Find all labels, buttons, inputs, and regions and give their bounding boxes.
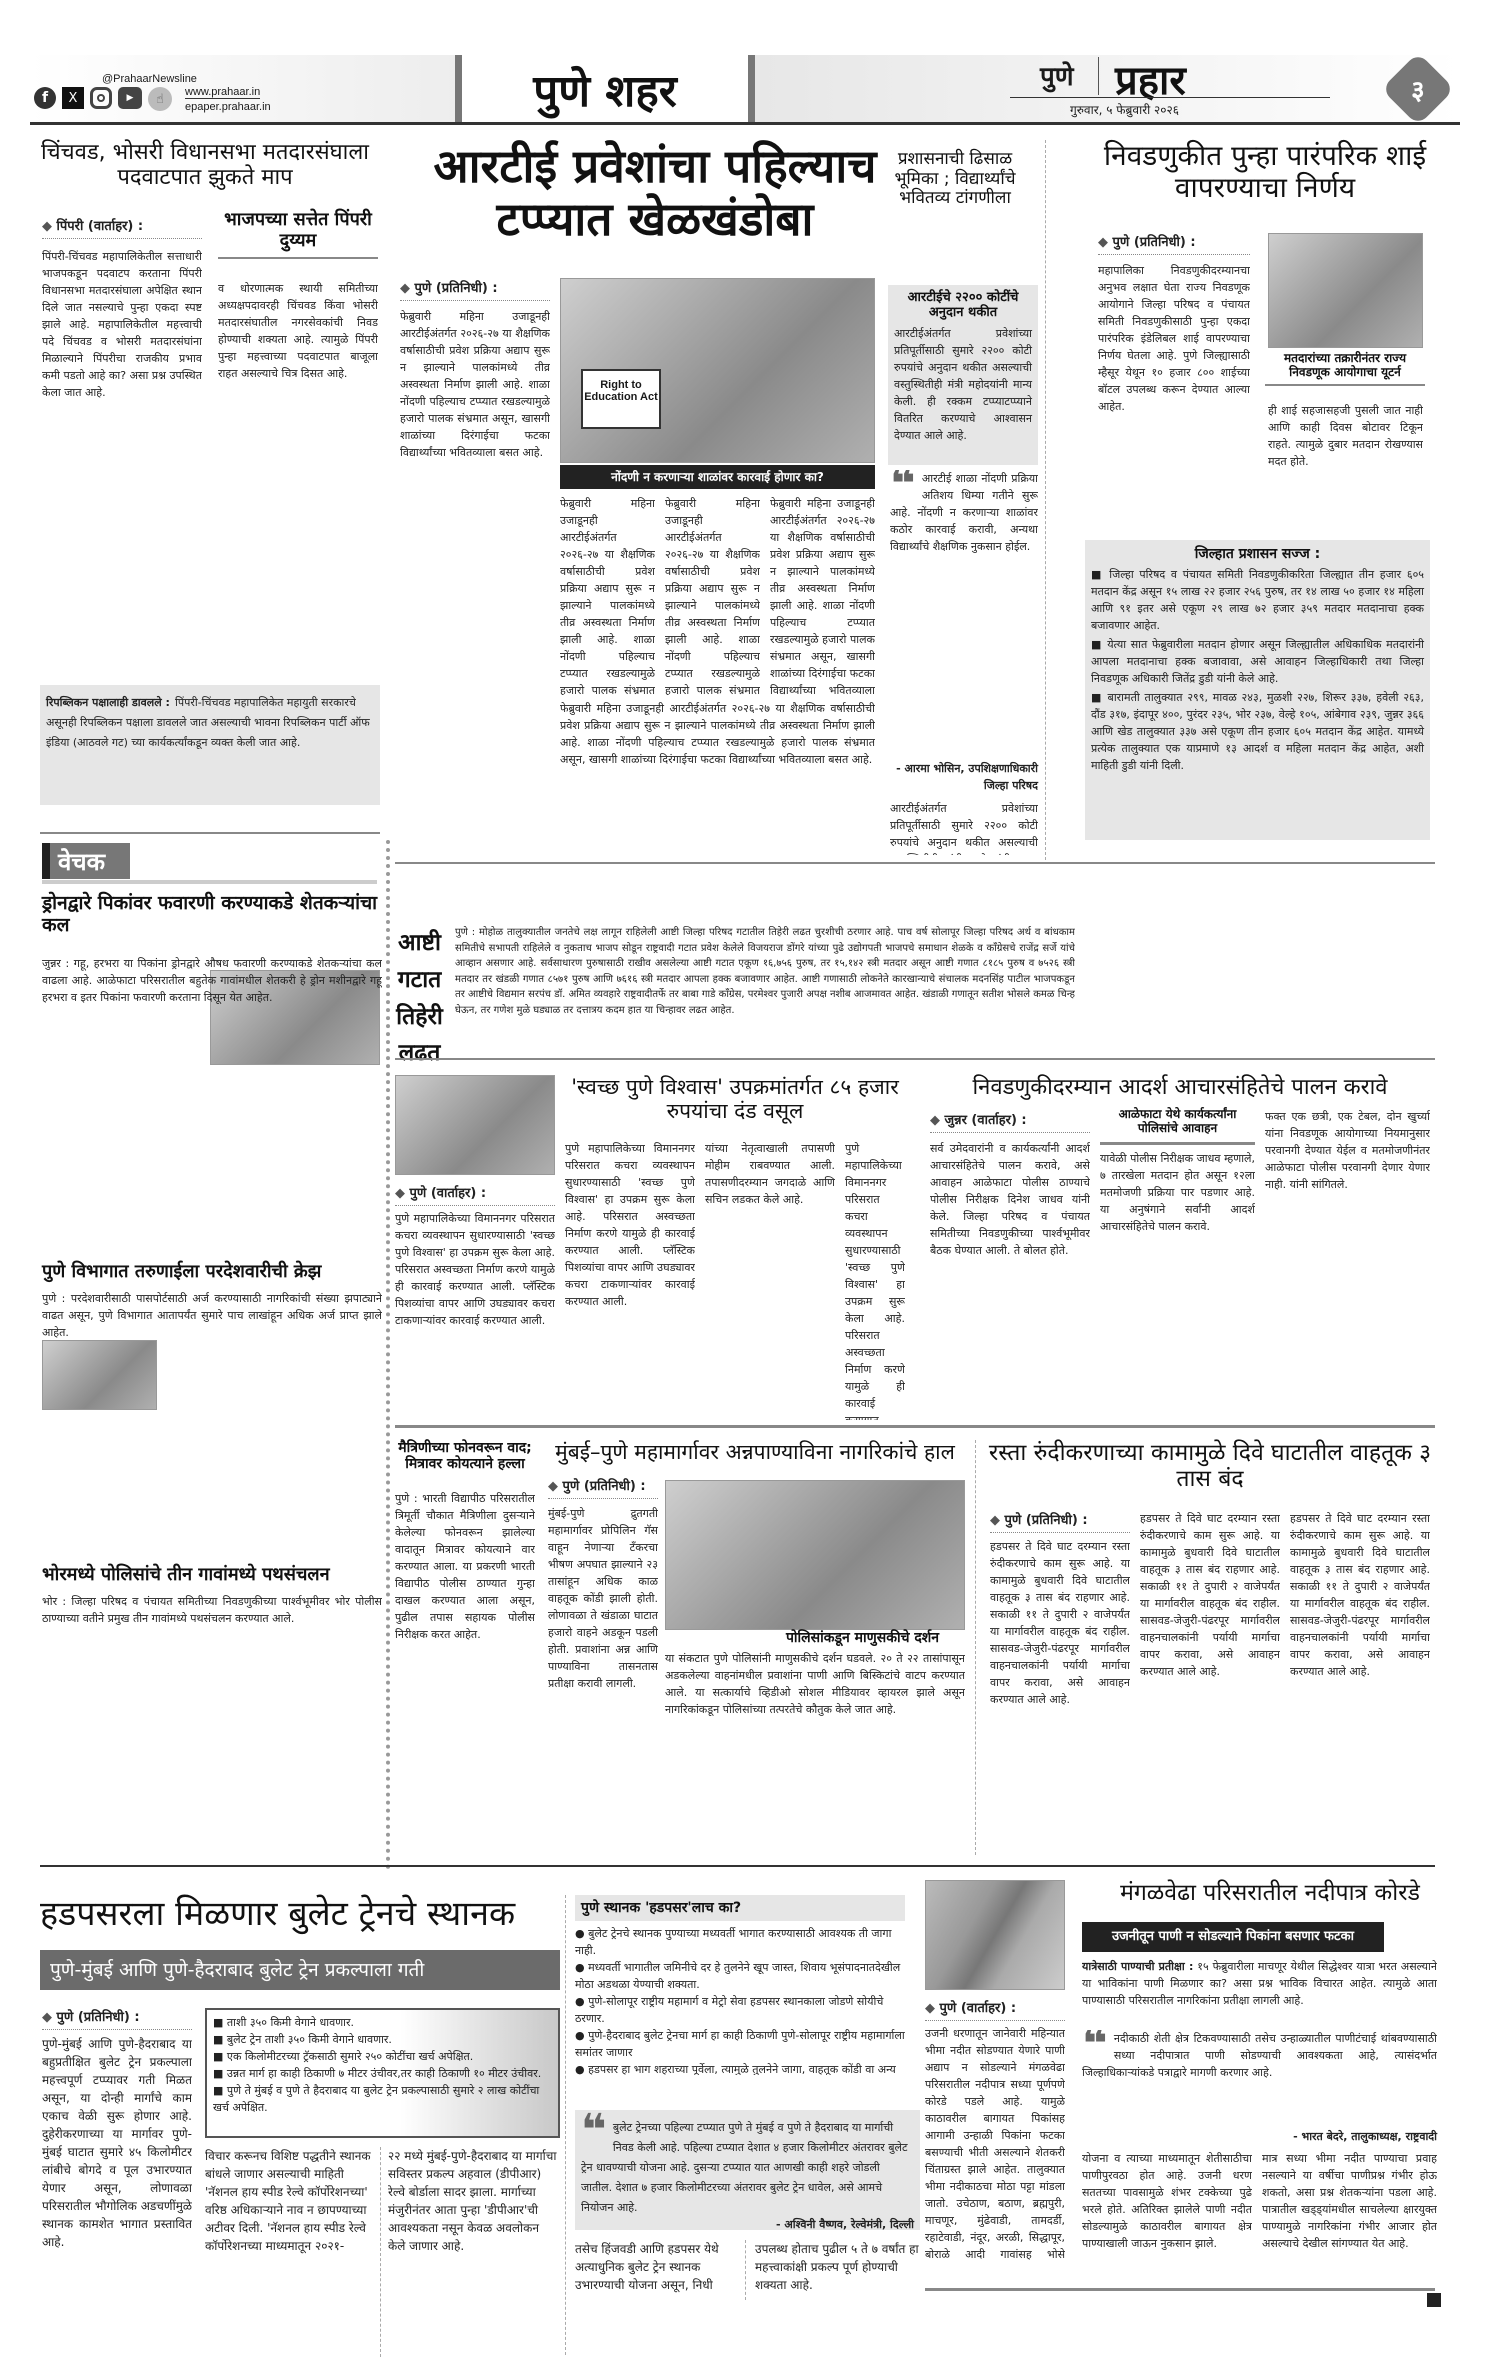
- vedhak-item-2-headline: पुणे विभागात तरुणाईला परदेशवारीची क्रेझ: [42, 1262, 382, 1283]
- story-mangalvedha-subhead: उजनीतून पाणी न सोडल्याने पिकांना बसणार फ…: [1082, 1922, 1384, 1952]
- story-rte-col3: फेब्रुवारी महिना उजाडूनही आरटीईअंतर्गत २…: [665, 495, 760, 695]
- fact-item: ताशी ३५० किमी वेगाने धावणार.: [213, 2014, 552, 2031]
- story-swachh-body-col4: पुणे महापालिकेच्या विमाननगर परिसरात कचरा…: [845, 1140, 905, 1420]
- story-swachh-dateline: पुणे (वार्ताहर) :: [395, 1183, 555, 1206]
- date: गुरुवार, ५ फेब्रुवारी २०२६: [1070, 101, 1179, 118]
- story-chinchwad-subhead: भाजपच्या सत्तेत पिंपरी दुय्यम: [218, 210, 378, 259]
- fact-item: उन्नत मार्ग हा काही ठिकाणी ७ मीटर उंचीवर…: [213, 2065, 552, 2082]
- story-bullet-headline: हडपसरला मिळणार बुलेट ट्रेनचे स्थानक: [40, 1895, 540, 1934]
- masthead-rule: [30, 122, 1460, 125]
- story-mangalvedha-quote-author: - भारत बेदरे, तालुकाध्यक्ष, राष्ट्रवादी: [1082, 2128, 1437, 2145]
- story-mangalvedha-dateline: पुणे (वार्ताहर) :: [925, 1998, 1065, 2021]
- story-dive-headline: रस्ता रुंदीकरणाच्या कामामुळे दिवे घाटाती…: [985, 1440, 1435, 1493]
- story-bullet-subhead: पुणे-मुंबई आणि पुणे-हैदराबाद बुलेट ट्रेन…: [40, 1950, 560, 1990]
- story-rte-box: आरटीईचे २२०० कोटींचे अनुदान थकीत आरटीईअं…: [888, 285, 1038, 465]
- story-mangalvedha-quote: ❝ नदीकाठी शेती क्षेत्र टिकवण्यासाठी तसेच…: [1082, 2030, 1437, 2130]
- story-dive-body-col2: हडपसर ते दिवे घाट दरम्यान रस्ता रुंदीकरण…: [1140, 1510, 1280, 1853]
- story-rte-col2: फेब्रुवारी महिना उजाडूनही आरटीईअंतर्गत २…: [560, 495, 655, 695]
- story-mangalvedha-headline: मंगळवेढा परिसरातील नदीपात्र कोरडे: [1080, 1880, 1460, 1906]
- story-rte-body: फेब्रुवारी महिना उजाडूनही आरटीईअंतर्गत २…: [400, 308, 550, 853]
- story-bullet-body3: २२ मध्ये मुंबई-पुणे-हैदराबाद या मार्गाचा…: [388, 2147, 560, 2357]
- vaishnaw-quote-box: ❝ बुलेट ट्रेनच्या पहिल्या टप्प्यात पुणे …: [575, 2110, 920, 2230]
- story-highway-dateline: पुणे (प्रतिनिधी) :: [548, 1476, 658, 1499]
- story-code-body: सर्व उमेदवारांनी व कार्यकर्त्यांनी आदर्श…: [930, 1140, 1090, 1420]
- story-swachh-body-col2: पुणे महापालिकेच्या विमाननगर परिसरात कचरा…: [565, 1140, 695, 1420]
- quote-icon: ❝: [1082, 2030, 1108, 2060]
- rte-sign: Right to Education Act: [581, 369, 661, 429]
- story-code-box-body: यावेळी पोलीस निरीक्षक जाधव म्हणाले, ७ ता…: [1100, 1150, 1255, 1420]
- district-box: जिल्हात प्रशासन सज्ज : जिल्हा परिषद व पं…: [1085, 540, 1430, 840]
- story-swachh-body-col3: यांच्या नेतृत्वाखाली तपासणी मोहीम राबवण्…: [705, 1140, 835, 1420]
- x-icon[interactable]: X: [62, 87, 84, 109]
- vedhak-item-1-headline: ड्रोनद्वारे पिकांवर फवारणी करण्याकडे शेत…: [42, 893, 382, 937]
- story-bullet-body5: उपलब्ध होताच पुढील ५ ते ७ वर्षांत हा महत…: [755, 2240, 920, 2300]
- story-code-box-title: आळेफाटा येथे कार्यकर्त्यांना पोलिसांचे आ…: [1100, 1108, 1255, 1145]
- story-friend-body: पुणे : भारती विद्यापीठ परिसरातील त्रिमूर…: [395, 1490, 535, 1855]
- ink-photo: [1268, 233, 1423, 348]
- story-ink-headline: निवडणुकीत पुन्हा पारंपरिक शाई वापरण्याचा…: [1060, 140, 1470, 204]
- epaper-link[interactable]: epaper.prahaar.in: [185, 101, 271, 113]
- story-rte-col4: फेब्रुवारी महिना उजाडूनही आरटीईअंतर्गत २…: [770, 495, 875, 695]
- vedhak-label-box: वेचक: [42, 843, 130, 879]
- story-bullet-body2: विचार करूनच विशिष्ट पद्धतीने स्थानक बांध…: [205, 2147, 375, 2357]
- story-highway-body: मुंबई-पुणे द्रुतगती महामार्गावर प्रोपिलि…: [548, 1505, 658, 1855]
- quote-icon: ❝: [581, 2116, 607, 2146]
- story-rte-headline: आरटीई प्रवेशांचा पहिल्याच टप्प्यात खेळखं…: [395, 140, 915, 246]
- district-box-item: जिल्हा परिषद व पंचायत समिती निवडणुकीकरित…: [1091, 566, 1424, 634]
- story-rte-quote-author: - आरमा भोसिन, उपशिक्षणाधिकारी जिल्हा परि…: [890, 760, 1038, 794]
- district-box-item: येत्या सात फेब्रुवारीला मतदान होणार असून…: [1091, 636, 1424, 687]
- box-title: रिपब्लिकन पक्षालाही डावलले :: [46, 696, 170, 709]
- story-rte-dateline: पुणे (प्रतिनिधी) :: [400, 278, 550, 301]
- box-body: आरटीईअंतर्गत प्रवेशांच्या प्रतिपूर्तीसाठ…: [894, 325, 1032, 444]
- story-chinchwad-headline: चिंचवड, भोसरी विधानसभा मतदारसंघाला पदवाट…: [40, 140, 370, 191]
- hadapsar-box-list: बुलेट ट्रेनचे स्थानक पुण्याच्या मध्यवर्त…: [575, 1925, 905, 2075]
- story-ashti-body: पुणे : मोहोळ तालुक्यातील जनतेचे लक्ष लाग…: [455, 925, 1075, 1050]
- hadapsar-box-title: पुणे स्थानक 'हडपसर'लाच का?: [581, 1900, 741, 1916]
- district-box-item: बारामती तालुक्यात २९९, मावळ २४३, मुळशी २…: [1091, 689, 1424, 774]
- story-rte-side-headline: प्रशासनाची ढिसाळ भूमिका ; विद्यार्थ्यांच…: [890, 150, 1020, 209]
- rte-photo: Right to Education Act: [560, 278, 875, 463]
- instagram-icon[interactable]: [90, 87, 112, 109]
- quote-text: नदीकाठी शेती क्षेत्र टिकवण्यासाठी तसेच उ…: [1082, 2032, 1437, 2079]
- ink-photo-caption: मतदारांच्या तक्रारीनंतर राज्य निवडणूक आय…: [1265, 352, 1425, 386]
- website-link[interactable]: www.prahaar.in: [185, 86, 260, 99]
- vedhak-item-1-body: जुन्नर : गहू, हरभरा या पिकांना ड्रोनद्वा…: [42, 955, 382, 1250]
- rte-photo-caption: नोंदणी न करणाऱ्या शाळांवर कारवाई होणार क…: [560, 465, 875, 489]
- story-chinchwad-dateline: पिंपरी (वार्ताहर) :: [42, 216, 202, 239]
- story-bullet-body: पुणे-मुंबई आणि पुणे-हैदराबाद या बहुप्रती…: [42, 2035, 192, 2355]
- page-number: ३: [1411, 71, 1425, 107]
- story-ink-body: महापालिका निवडणुकीदरम्यानचा अनुभव लक्षात…: [1098, 262, 1250, 532]
- story-code-body3: फक्त एक छत्री, एक टेबल, दोन खुर्च्या यां…: [1265, 1108, 1430, 1420]
- story-rte-tail: आरटीईअंतर्गत प्रवेशांच्या प्रतिपूर्तीसाठ…: [890, 800, 1038, 855]
- lead-label: यात्रेसाठी पाण्याची प्रतीक्षा :: [1082, 1960, 1193, 1973]
- story-dive-body-col1: हडपसर ते दिवे घाट दरम्यान रस्ता रुंदीकरण…: [990, 1538, 1130, 1853]
- hadapsar-item: मध्यवर्ती भागातील जमिनीचे दर हे तुलनेने …: [575, 1959, 905, 1993]
- hadapsar-item: हडपसर हा भाग शहराच्या पूर्वेला, त्यामुळे…: [575, 2061, 905, 2075]
- district-box-title: जिल्हात प्रशासन सज्ज :: [1091, 546, 1424, 562]
- story-mangalvedha-body3: मात्र सध्या भीमा नदीत पाण्याचा प्रवाह नस…: [1262, 2150, 1437, 2265]
- vedhak-item-3-headline: भोरमध्ये पोलिसांचे तीन गावांमध्ये पथसंचल…: [42, 1565, 382, 1586]
- story-chinchwad-body: पिंपरी-चिंचवड महापालिकेतील सत्ताधारी भाज…: [42, 248, 202, 678]
- story-friend-headline: मैत्रिणीच्या फोनवरून वाद; मित्रावर कोयत्…: [395, 1440, 535, 1472]
- story-swachh-headline: 'स्वच्छ पुणे विश्वास' उपक्रमांतर्गत ८५ ह…: [570, 1075, 900, 1123]
- story-swachh-body-col1: पुणे महापालिकेच्या विमाननगर परिसरात कचरा…: [395, 1210, 555, 1420]
- swachh-photo: [395, 1075, 555, 1175]
- bullet-facts-box: ताशी ३५० किमी वेगाने धावणार. बुलेट ट्रेन…: [205, 2008, 560, 2138]
- highway-photo: [665, 1480, 965, 1630]
- page-number-badge: ३: [1381, 52, 1455, 126]
- social-icons: f X ▶ ☝: [34, 87, 172, 111]
- story-dive-body-col3: हडपसर ते दिवे घाट दरम्यान रस्ता रुंदीकरण…: [1290, 1510, 1430, 1853]
- story-code-dateline: जुन्नर (वार्ताहर) :: [930, 1110, 1090, 1133]
- quote-text: बुलेट ट्रेनच्या पहिल्या टप्प्यात पुणे ते…: [581, 2121, 908, 2214]
- hadapsar-item: पुणे-सोलापूर राष्ट्रीय महामार्ग व मेट्रो…: [575, 1993, 905, 2027]
- vedhak-label: वेचक: [58, 845, 105, 878]
- facebook-icon[interactable]: f: [34, 87, 56, 109]
- vedhak-item-3-body: भोर : जिल्हा परिषद व पंचायत समितीच्या नि…: [42, 1593, 382, 1855]
- highway-photo-body: या संकटात पुणे पोलिसांनी माणुसकीचे दर्शन…: [665, 1650, 965, 1855]
- story-bullet-body4: तसेच हिंजवडी आणि हडपसर येथे अत्याधुनिक ब…: [575, 2240, 740, 2300]
- story-mangalvedha-body2: योजना व त्याच्या माध्यमातून शेतीसाठीचा प…: [1082, 2150, 1252, 2265]
- story-highway-headline: मुंबई–पुणे महामार्गावर अन्नपाण्याविना ना…: [545, 1440, 965, 1464]
- youtube-icon[interactable]: ▶: [118, 87, 142, 109]
- story-rte-bottom: फेब्रुवारी महिना उजाडूनही आरटीईअंतर्गत २…: [560, 700, 875, 850]
- social-handle: @PrahaarNewsline: [102, 73, 197, 85]
- hadapsar-item: बुलेट ट्रेनचे स्थानक पुण्याच्या मध्यवर्त…: [575, 1925, 905, 1959]
- story-code-headline: निवडणुकीदरम्यान आदर्श आचारसंहितेचे पालन …: [925, 1075, 1435, 1100]
- story-bullet-dateline: पुणे (प्रतिनिधी) :: [42, 2007, 192, 2030]
- fact-item: एक किलोमीटरच्या ट्रॅकसाठी सुमारे २५० कोट…: [213, 2048, 552, 2065]
- vedhak-item-2-body: पुणे : परदेशवारीसाठी पासपोर्टसाठी अर्ज क…: [42, 1290, 382, 1560]
- story-rte-quote: ❝ आरटीई शाळा नोंदणी प्रक्रिया अतिशय धिम्…: [890, 470, 1038, 760]
- fact-item: पुणे ते मुंबई व पुणे ते हैदराबाद या बुले…: [213, 2082, 552, 2116]
- story-chinchwad-body2: व धोरणात्मक स्थायी समितीच्या अध्यक्षपदाव…: [218, 280, 378, 678]
- touch-icon[interactable]: ☝: [148, 87, 172, 111]
- section-title: पुणे शहर: [533, 59, 676, 119]
- story-mangalvedha-lead: यात्रेसाठी पाण्याची प्रतीक्षा : १५ फेब्र…: [1082, 1958, 1437, 2018]
- fact-item: बुलेट ट्रेन ताशी ३५० किमी वेगाने धावणार.: [213, 2031, 552, 2048]
- section-title-box: पुणे शहर: [455, 55, 755, 123]
- story-ink-dateline: पुणे (प्रतिनिधी) :: [1098, 232, 1250, 255]
- story-mangalvedha-body: उजनी धरणातून जानेवारी महिन्यात भीमा नदीत…: [925, 2025, 1065, 2265]
- story-dive-dateline: पुणे (प्रतिनिधी) :: [990, 1510, 1130, 1533]
- hadapsar-item: पुणे-हैदराबाद बुलेट ट्रेनचा मार्ग हा काह…: [575, 2027, 905, 2061]
- end-marker: [1427, 2293, 1441, 2307]
- masthead: @PrahaarNewsline f X ▶ ☝ www.prahaar.in …: [30, 55, 1460, 123]
- story-ashti-headline: आष्टी गटात तिहेरी लढत: [392, 925, 447, 1072]
- quote-icon: ❝: [890, 470, 916, 500]
- quote-author: - अश्विनी वैष्णव, रेल्वेमंत्री, दिल्ली: [581, 2216, 914, 2230]
- story-chinchwad-box: रिपब्लिकन पक्षालाही डावलले : पिंपरी-चिंच…: [40, 685, 380, 805]
- story-ink-body2: ही शाई सहजासहजी पुसली जात नाही आणि काही …: [1268, 402, 1423, 532]
- box-title: आरटीईचे २२०० कोटींचे अनुदान थकीत: [894, 291, 1032, 321]
- river-photo: [925, 1880, 1065, 1990]
- edition: पुणे: [1040, 57, 1074, 93]
- highway-photo-caption: पोलिसांकडून माणुसकीचे दर्शन: [760, 1630, 965, 1646]
- hadapsar-box-header: पुणे स्थानक 'हडपसर'लाच का?: [575, 1895, 905, 1921]
